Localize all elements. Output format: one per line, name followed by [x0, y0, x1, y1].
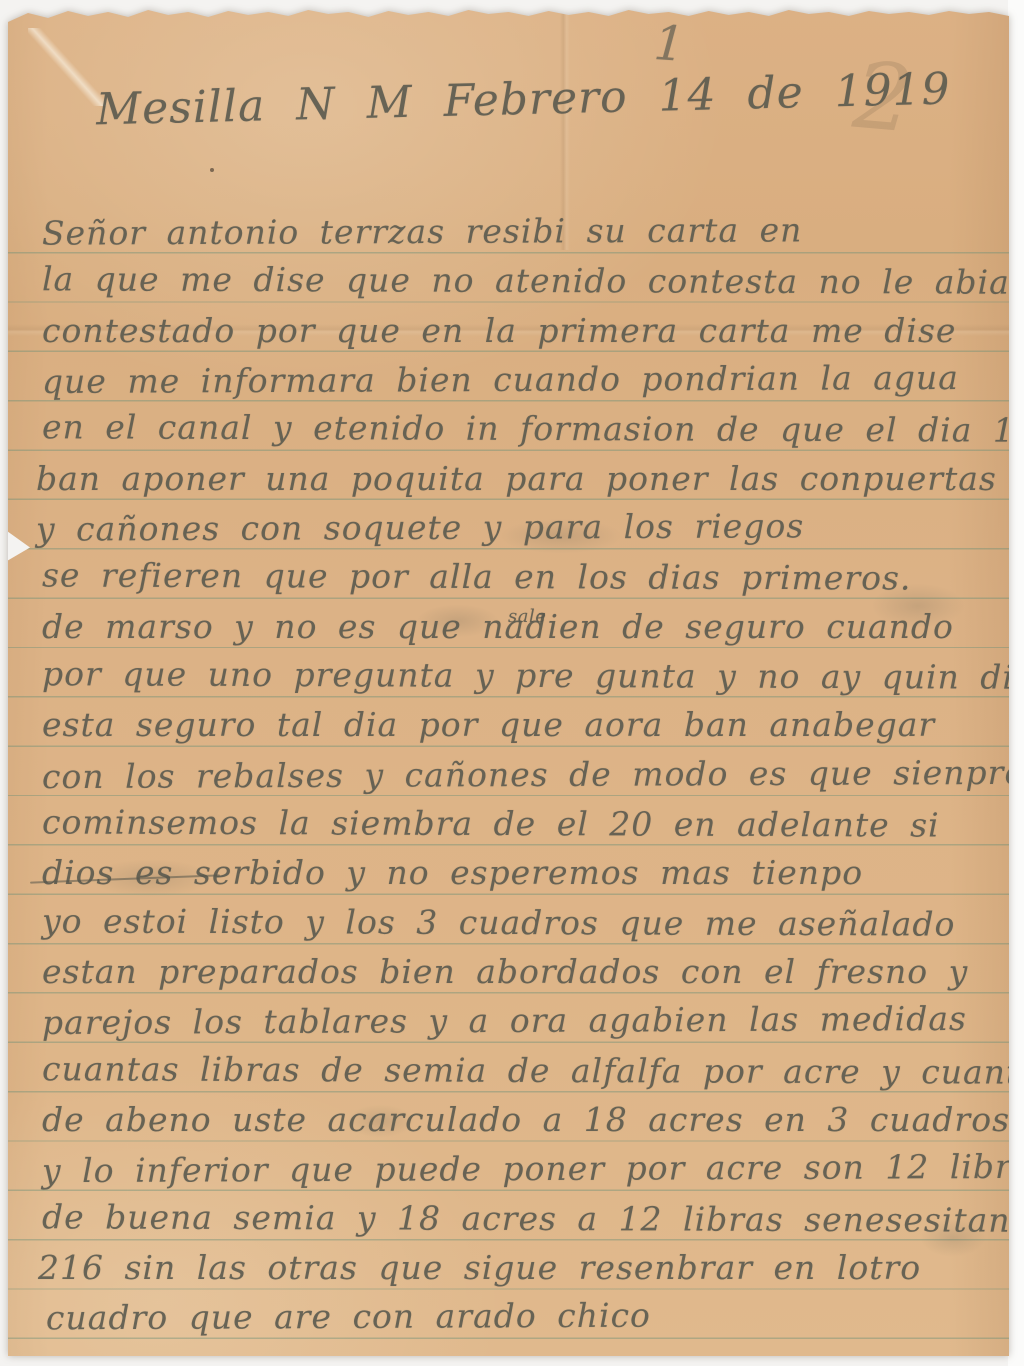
letter-line: 216 sin las otras que sigue resenbrar en… [38, 1243, 921, 1293]
letter-heading-place-date: Mesilla N M Febrero 14 de 1919 [95, 54, 951, 147]
letter-line: Señor antonio terrzas resibi su carta en [42, 205, 803, 258]
interline-insertion: sale [508, 606, 546, 627]
letter-line: por que uno pregunta y pre gunta y no ay… [42, 649, 1024, 703]
letter-line: que me informara bien cuando pondrian la… [42, 353, 959, 407]
letter-line: de abeno uste acarculado a 18 acres en 3… [42, 1095, 1010, 1145]
letter-line: dios es serbido y no esperemos mas tienp… [42, 848, 863, 898]
letter-line: contestado por que en la primera carta m… [42, 306, 956, 356]
letter-line: ban aponer una poquita para poner las co… [36, 454, 997, 504]
letter-line: estan preparados bien abordados con el f… [42, 947, 968, 997]
letter-line: cuadro que are con arado chico [46, 1291, 651, 1344]
letter-line: y cañones con soquete y para los riegos [36, 501, 804, 554]
letter-line: y lo inferior que puede poner por acre s… [42, 1142, 1024, 1196]
letter-line: cominsemos la siembra de el 20 en adelan… [42, 797, 940, 850]
letter-line: cuantas libras de semia de alfalfa por a… [42, 1044, 1024, 1098]
letter-line: la que me dise que no atenido contesta n… [42, 254, 1010, 307]
letter-line: yo estoi listo y los 3 cuadros que me as… [42, 896, 956, 949]
paper-speck [210, 168, 214, 172]
paper-scratch-mark [28, 28, 106, 106]
letter-line: de buena semia y 18 acres a 12 libras se… [42, 1192, 1011, 1245]
letter-line: en el canal y etenido in formasion de qu… [42, 402, 1024, 456]
letter-line: con los rebalses y cañones de modo es qu… [42, 748, 1024, 802]
letter-line: parejos los tablares y a ora agabien las… [42, 994, 967, 1048]
letter-paper: 1 2 Mesilla N M Febrero 14 de 1919 Señor… [8, 0, 1009, 1356]
letter-line: se refieren que por alla en los dias pri… [42, 550, 912, 603]
letter-line: de marso y no es que nadien de seguro cu… [42, 602, 954, 652]
letter-line: esta seguro tal dia por que aora ban ana… [42, 700, 935, 750]
scanned-letter: 1 2 Mesilla N M Febrero 14 de 1919 Señor… [0, 0, 1024, 1366]
